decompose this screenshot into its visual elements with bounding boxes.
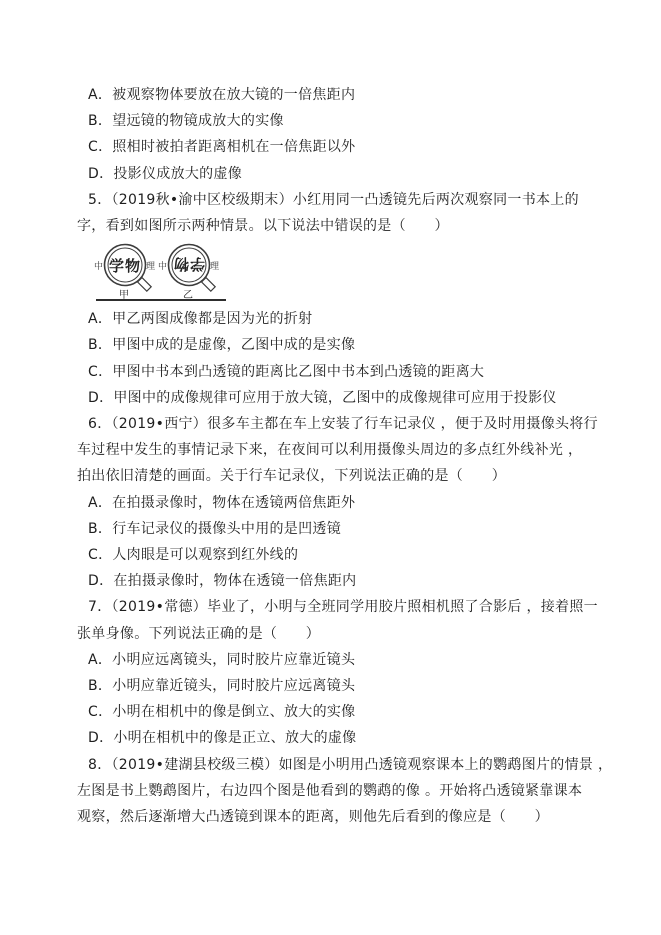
question-paragraph: B．小明应靠近镜头，同时胶片应远离镜头 <box>77 673 591 699</box>
question-paragraph: A．甲乙两图成像都是因为光的折射 <box>77 306 591 332</box>
question-paragraph: D．甲图中的成像规律可应用于放大镜，乙图中的成像规律可应用于投影仪 <box>77 385 591 411</box>
text-line: 张单身像。下列说法正确的是（ ） <box>77 621 591 647</box>
text-line: C．小明在相机中的像是倒立、放大的实像 <box>77 699 591 725</box>
text-line: 6．（2019•西宁）很多车主都在车上安装了行车记录仪 ，便于及时用摄像头将行 <box>77 411 591 437</box>
text-line: B．行车记录仪的摄像头中用的是凹透镜 <box>77 516 591 542</box>
text-line: A．被观察物体要放在放大镜的一倍焦距内 <box>77 82 591 108</box>
text-line: 7．（2019•常德）毕业了，小明与全班同学用胶片照相机照了合影后 ，接着照一 <box>77 594 591 620</box>
question-paragraph: A．被观察物体要放在放大镜的一倍焦距内 <box>77 82 591 108</box>
text-line: B．小明应靠近镜头，同时胶片应远离镜头 <box>77 673 591 699</box>
text-line: D．甲图中的成像规律可应用于放大镜，乙图中的成像规律可应用于投影仪 <box>77 385 591 411</box>
question-paragraph: C．人肉眼是可以观察到红外线的 <box>77 542 591 568</box>
text-line: A．甲乙两图成像都是因为光的折射 <box>77 306 591 332</box>
book-text-right: 理 <box>146 259 155 272</box>
question-paragraph: A．小明应远离镜头，同时胶片应靠近镜头 <box>77 647 591 673</box>
question-paragraph: 8．（2019•建湖县校级三模）如图是小明用凸透镜观察课本上的鹦鹉图片的情景 ，… <box>77 752 591 831</box>
text-line: C．照相时被拍者距离相机在一倍焦距以外 <box>77 134 591 160</box>
question-paragraph: C．小明在相机中的像是倒立、放大的实像 <box>77 699 591 725</box>
question-block-top: A．被观察物体要放在放大镜的一倍焦距内B．望远镜的物镜成放大的实像C．照相时被拍… <box>77 82 591 239</box>
question-paragraph: D．在拍摄录像时，物体在透镜一倍焦距内 <box>77 568 591 594</box>
text-line: D．在拍摄录像时，物体在透镜一倍焦距内 <box>77 568 591 594</box>
figure-label-yi: 乙 <box>183 286 193 301</box>
text-line: B．望远镜的物镜成放大的实像 <box>77 108 591 134</box>
question-paragraph: B．甲图中成的是虚像，乙图中成的是实像 <box>77 332 591 358</box>
text-line: D．投影仪成放大的虚像 <box>77 161 591 187</box>
magnifier-jia: 中 学物 理 甲 <box>96 243 160 299</box>
text-line: A．在拍摄录像时，物体在透镜两倍焦距外 <box>77 490 591 516</box>
question-block-bottom: A．甲乙两图成像都是因为光的折射B．甲图中成的是虚像，乙图中成的是实像C．甲图中… <box>77 306 591 830</box>
text-line: 拍出依旧清楚的画面。关于行车记录仪，下列说法正确的是（ ） <box>77 463 591 489</box>
question-paragraph: 7．（2019•常德）毕业了，小明与全班同学用胶片照相机照了合影后 ，接着照一张… <box>77 594 591 646</box>
document-page: A．被观察物体要放在放大镜的一倍焦距内B．望远镜的物镜成放大的实像C．照相时被拍… <box>0 0 661 935</box>
lens-magnified-text: 学物 <box>102 243 148 287</box>
text-line: C．甲图中书本到凸透镜的距离比乙图中书本到凸透镜的距离大 <box>77 359 591 385</box>
magnifier-yi: 中 学物 理 乙 <box>160 243 224 299</box>
lens-inverted-text: 学物 <box>166 243 212 287</box>
question-paragraph: 5．（2019秋•渝中区校级期末）小红用同一凸透镜先后两次观察同一书本上的字，看… <box>77 187 591 239</box>
question-paragraph: 6．（2019•西宁）很多车主都在车上安装了行车记录仪 ，便于及时用摄像头将行车… <box>77 411 591 490</box>
text-line: B．甲图中成的是虚像，乙图中成的是实像 <box>77 332 591 358</box>
text-line: 5．（2019秋•渝中区校级期末）小红用同一凸透镜先后两次观察同一书本上的 <box>77 187 591 213</box>
question-paragraph: C．甲图中书本到凸透镜的距离比乙图中书本到凸透镜的距离大 <box>77 359 591 385</box>
question-paragraph: D．小明在相机中的像是正立、放大的虚像 <box>77 725 591 751</box>
book-text-right: 理 <box>210 259 219 272</box>
text-line: 观察，然后逐渐增大凸透镜到课本的距离，则他先后看到的像应是（ ） <box>77 804 591 830</box>
question-paragraph: C．照相时被拍者距离相机在一倍焦距以外 <box>77 134 591 160</box>
figure-label-jia: 甲 <box>119 286 129 301</box>
text-line: C．人肉眼是可以观察到红外线的 <box>77 542 591 568</box>
question-paragraph: A．在拍摄录像时，物体在透镜两倍焦距外 <box>77 490 591 516</box>
lens-figure: 中 学物 理 甲 中 学物 理 乙 <box>96 243 226 301</box>
question-paragraph: B．望远镜的物镜成放大的实像 <box>77 108 591 134</box>
question-paragraph: D．投影仪成放大的虚像 <box>77 161 591 187</box>
text-line: A．小明应远离镜头，同时胶片应靠近镜头 <box>77 647 591 673</box>
text-line: 8．（2019•建湖县校级三模）如图是小明用凸透镜观察课本上的鹦鹉图片的情景 ， <box>77 752 591 778</box>
question-paragraph: B．行车记录仪的摄像头中用的是凹透镜 <box>77 516 591 542</box>
text-line: 字，看到如图所示两种情景。以下说法中错误的是（ ） <box>77 213 591 239</box>
text-line: 车过程中发生的事情记录下来，在夜间可以利用摄像头周边的多点红外线补光 ， <box>77 437 591 463</box>
document-content: A．被观察物体要放在放大镜的一倍焦距内B．望远镜的物镜成放大的实像C．照相时被拍… <box>0 0 661 830</box>
text-line: 左图是书上鹦鹉图片，右边四个图是他看到的鹦鹉的像 。开始将凸透镜紧靠课本 <box>77 778 591 804</box>
text-line: D．小明在相机中的像是正立、放大的虚像 <box>77 725 591 751</box>
